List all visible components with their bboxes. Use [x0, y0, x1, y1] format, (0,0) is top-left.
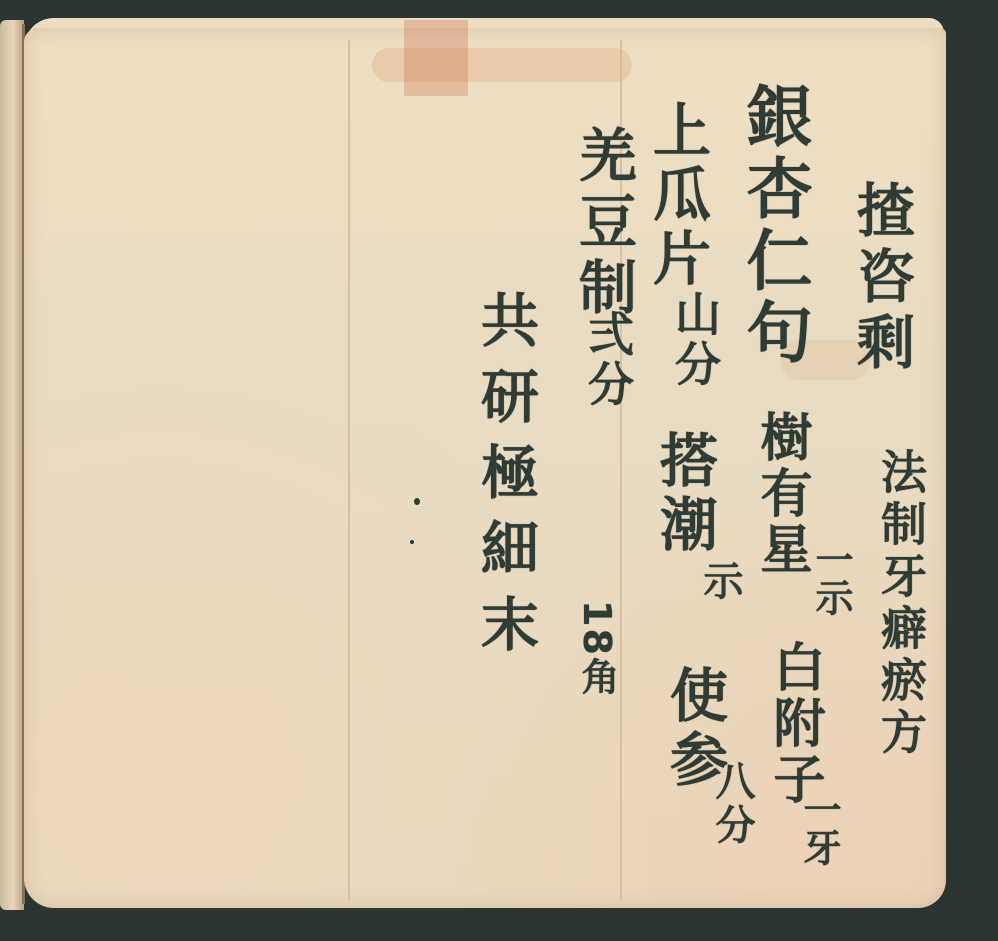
column-2-quantity-1: 一示: [812, 540, 850, 616]
bleed-through-text: [90, 170, 147, 274]
ink-dot: [414, 498, 420, 505]
column-3-quantity-2: 示: [700, 560, 740, 600]
column-3-ingredient: 上瓜片: [648, 100, 706, 292]
column-4-price-note: 18角: [578, 600, 616, 697]
column-3-quantity-1: 山分: [672, 290, 718, 390]
column-3-ingredient-2: 搭潮: [655, 430, 713, 558]
column-2-ingredient-2: 樹有星: [755, 410, 807, 578]
ink-dot: [410, 540, 414, 544]
column-2-ingredient: 銀杏仁句: [740, 82, 806, 370]
left-page-edge: [0, 20, 24, 910]
fold-line: [348, 40, 350, 900]
column-2-quantity-2: 一牙: [800, 790, 838, 866]
column-4-quantity: 弍分: [585, 310, 631, 410]
column-4-ingredient: 羌豆制: [574, 125, 632, 323]
bleed-through-text: [470, 110, 527, 214]
column-1-subtitle: 法制牙癖瘀方: [878, 448, 924, 760]
column-3-quantity-3: 八分: [712, 760, 752, 848]
library-seal-stamp: [404, 20, 468, 96]
column-1-title: 揸咨剩: [852, 180, 910, 378]
bleed-through-text: [170, 70, 227, 174]
column-5-instruction: 共研極細末: [476, 290, 534, 670]
column-2-ingredient-3: 白附子: [768, 640, 820, 808]
